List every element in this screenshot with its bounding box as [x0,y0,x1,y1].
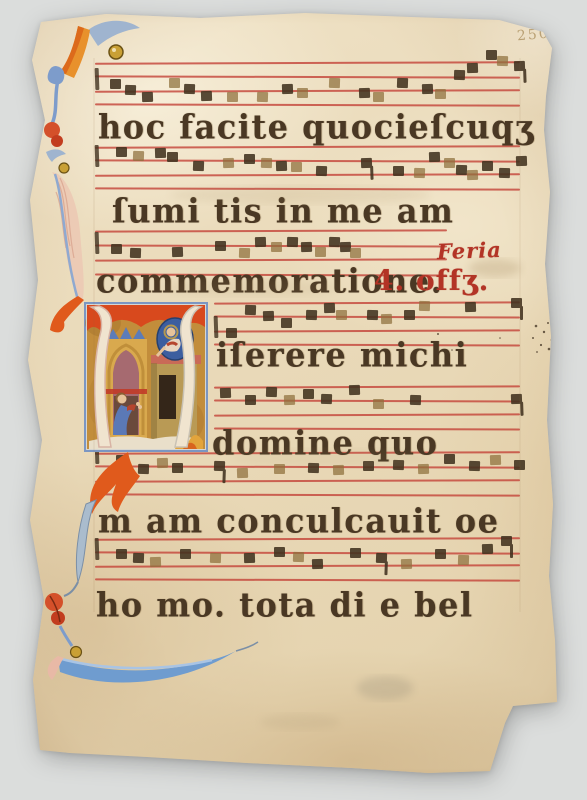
chant-text-line-4: iſerere michi [216,335,468,375]
staff-line [95,187,520,190]
neume-tail [510,544,513,558]
neume [281,318,292,328]
neume [180,549,191,559]
neume-tail [222,469,225,483]
orange-trumpet-leaf [60,26,90,78]
neume-tail [520,401,523,415]
chant-text-line-7: ho mo. tota di e bel [96,585,474,625]
neume [418,464,429,474]
neume [419,301,430,311]
neume [271,242,282,252]
tower-wall [151,363,197,445]
neume [303,389,314,399]
neume [316,166,327,176]
neume-tail [370,166,373,180]
staff-start-mark [95,442,99,464]
neume [513,61,524,71]
neume [496,55,507,65]
gray-leaf [88,21,140,46]
christ-figure [167,328,176,337]
neume [348,385,359,395]
neume [315,247,326,257]
neume [167,152,178,162]
manuscript-leaf: hoc facite quocieſcuqʒ ſumi tis in me am… [0,0,587,800]
flame-drapery-top [87,305,205,331]
chant-text-line-1: hoc facite quocieſcuqʒ [98,107,535,147]
neume [274,547,285,557]
neume-tail [523,69,526,83]
neume [312,558,323,568]
neume [428,152,439,162]
staff-line [214,413,520,416]
neume [239,248,250,258]
neume [458,554,469,564]
neume [292,552,303,562]
neume [156,458,167,468]
blue-mandorla [157,318,193,360]
neume [329,236,340,246]
neume [301,242,312,252]
initial-m-left-limb [91,306,111,447]
neume [454,69,465,79]
neume [227,92,238,102]
neume [287,236,298,246]
neume [324,303,335,313]
staff-line [95,103,520,106]
neume-tail [520,306,523,320]
neume [358,88,369,98]
neume [373,399,384,409]
orange-flame-hook [50,296,84,332]
neume [244,154,255,164]
neume [486,50,497,60]
neume [456,165,467,175]
kneeling-figure [118,395,127,404]
staff-line [214,400,520,403]
feather-leaf [52,172,84,302]
neume [201,90,212,100]
staff-start-mark [95,232,99,254]
staff-line [214,385,520,388]
staff-line [95,551,520,554]
rubric-office: 4. offʒ. [374,264,489,297]
dark-doorway [159,375,176,419]
neume [414,167,425,177]
neume [116,455,127,465]
neume [467,170,478,180]
neume [401,558,412,568]
historiated-initial-m [83,301,209,453]
neume [297,88,308,98]
neume [410,395,421,405]
blue-swoosh-leaf [48,642,258,682]
staff-line [95,159,520,162]
neume [130,248,141,258]
neume [263,311,274,321]
neume [469,461,480,471]
neume [516,156,527,166]
staff-line [95,479,520,482]
neume [210,553,221,563]
neume [255,236,266,246]
neume [244,305,255,315]
neume [291,162,302,172]
neume [282,83,293,93]
neume [393,166,404,176]
staff-line [95,61,520,64]
neume [381,314,392,324]
neume [350,248,361,258]
neume [499,167,510,177]
neume [172,463,183,473]
neume [215,241,226,251]
neume [125,85,136,95]
neume [360,158,371,168]
neume [397,78,408,88]
neume [169,78,180,88]
neume [501,536,512,546]
staff-line [95,578,520,581]
neume [133,151,144,161]
neume [482,161,493,171]
staff-7 [95,538,520,579]
neume [150,557,161,567]
gold-ball [109,45,123,59]
photo-background: hoc facite quocieſcuqʒ ſumi tis in me am… [0,0,587,800]
neume [172,247,183,257]
neume [142,92,153,102]
chant-text-line-5: domine quo [212,423,438,463]
neume [116,147,127,157]
neume [465,302,476,312]
neume [274,464,285,474]
staff-line [214,329,520,332]
gold-ball [59,163,69,173]
neume [435,89,446,99]
neume [339,242,350,252]
neume [244,553,255,563]
staff-line [95,493,520,496]
neume [245,395,256,405]
neume [261,158,272,168]
neume [307,463,318,473]
neume [275,160,286,170]
neume [116,549,127,559]
neume [511,393,522,403]
neume [184,83,195,93]
initial-m-right-limb [175,306,201,447]
neume [222,158,233,168]
neume [367,309,378,319]
neume [329,78,340,88]
neume [133,553,144,563]
neume [220,388,231,398]
neume [237,468,248,478]
neume [110,79,121,89]
staff-start-mark [95,68,99,90]
neume [375,553,386,563]
neume [514,460,525,470]
neume [482,544,493,554]
neume [333,465,344,475]
neume [284,395,295,405]
neume [467,62,478,72]
neume [350,548,361,558]
neume [444,158,455,168]
border-stem-chain [44,66,69,173]
staff-2 [95,146,520,188]
gray-acanthus [76,500,96,582]
neume [321,394,332,404]
neume [266,386,277,396]
chant-text-line-6: m am conculcauit oe [98,501,500,541]
gold-ball [71,647,82,658]
neume [404,310,415,320]
chant-text-line-2: ſumi tis in me am [112,191,454,231]
lower-border-chain [45,500,96,658]
red-knot [44,122,60,138]
neume [306,309,317,319]
leaf-shadow-wrap: hoc facite quocieſcuqʒ ſumi tis in me am… [0,0,587,800]
staff-5 [214,386,520,428]
neume [511,298,522,308]
neume [256,92,267,102]
neume [193,160,204,170]
neume [444,454,455,464]
neume-tail [384,561,387,575]
church-aedicule [105,339,147,445]
red-knot [45,593,63,611]
neume [490,455,501,465]
staff-1 [95,62,520,104]
neume [422,83,433,93]
folio-number: 250 [516,26,550,45]
neume [137,464,148,474]
neume [154,148,165,158]
neume [435,549,446,559]
rubric-feria: Feria [437,237,503,264]
neume [336,310,347,320]
neume [373,92,384,102]
staff-start-mark [95,145,99,167]
neume [111,244,122,254]
